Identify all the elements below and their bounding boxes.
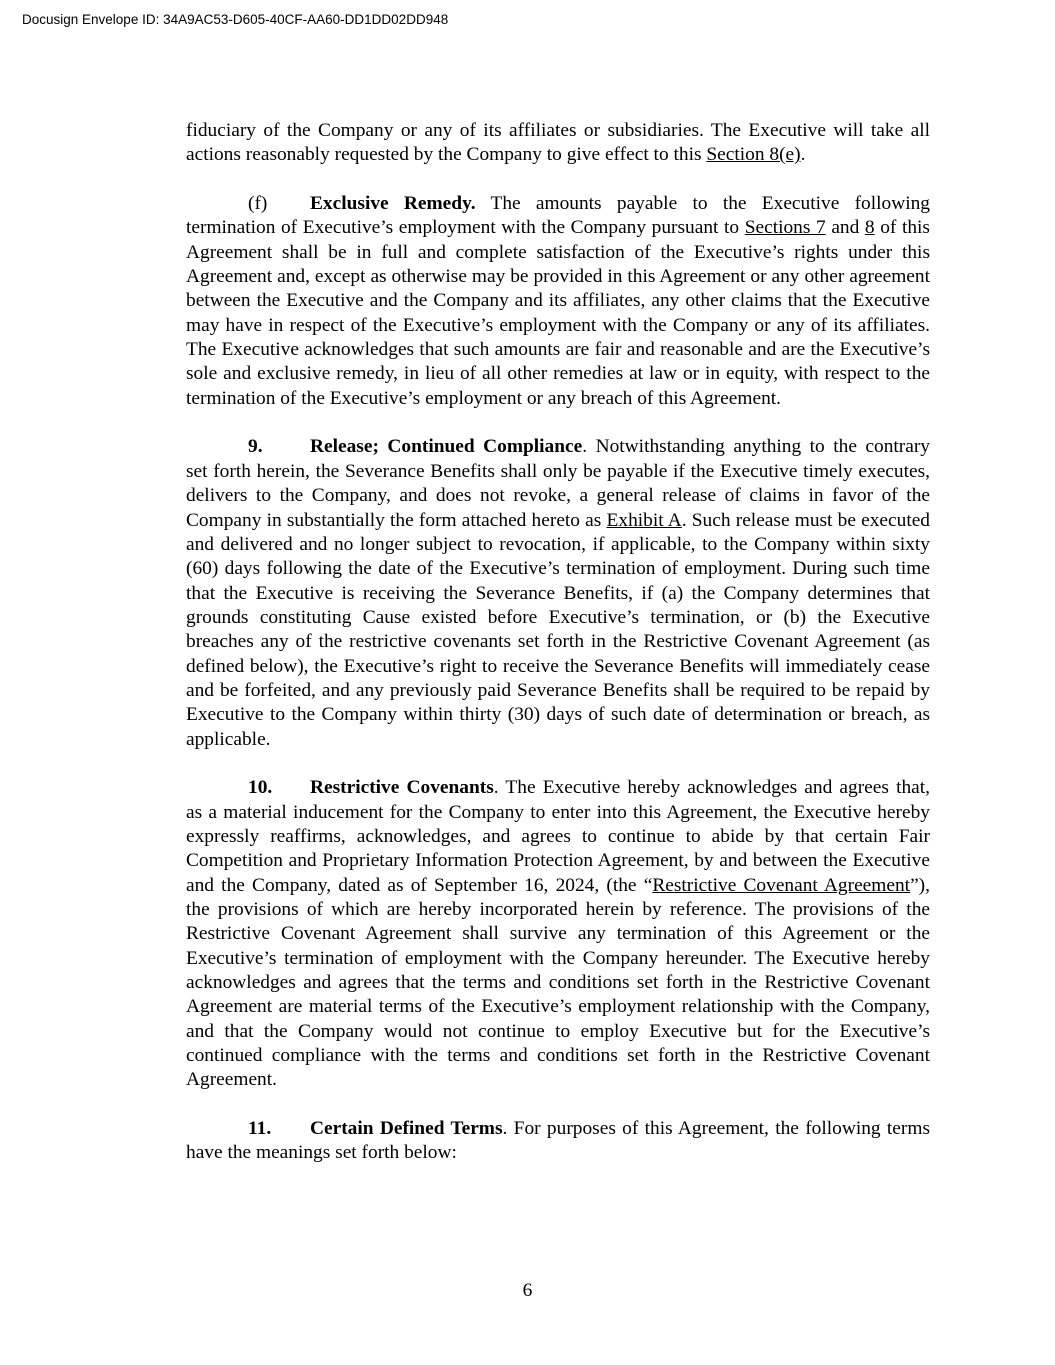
- clause-title-exclusive-remedy: Exclusive Remedy.: [310, 193, 476, 214]
- paragraph-10-restrictive-covenants: 10.Restrictive Covenants. The Executive …: [186, 776, 930, 1092]
- section-title-certain-defined-terms: Certain Defined Terms: [310, 1118, 503, 1139]
- section-number: 9.: [248, 435, 310, 459]
- text-run: of this Agreement shall be in full and c…: [186, 217, 930, 408]
- text-run: and: [826, 217, 865, 238]
- section-number: 10.: [248, 776, 310, 800]
- section-title-release: Release; Continued Compliance: [310, 436, 582, 457]
- text-run: .: [801, 144, 806, 165]
- paragraph-f-exclusive-remedy: (f)Exclusive Remedy. The amounts payable…: [186, 192, 930, 411]
- paragraph-11-certain-defined-terms: 11.Certain Defined Terms. For purposes o…: [186, 1117, 930, 1166]
- section-8-reference: 8: [865, 217, 875, 238]
- text-run: . Such release must be executed and deli…: [186, 510, 930, 750]
- document-body: fiduciary of the Company or any of its a…: [186, 119, 930, 1190]
- paragraph-9-release-continued-compliance: 9.Release; Continued Compliance. Notwith…: [186, 435, 930, 751]
- text-run: ”), the provisions of which are hereby i…: [186, 875, 930, 1091]
- paragraph-section-8e-continuation: fiduciary of the Company or any of its a…: [186, 119, 930, 168]
- sections-7-reference: Sections 7: [745, 217, 826, 238]
- text-run: fiduciary of the Company or any of its a…: [186, 120, 930, 165]
- page-number: 6: [0, 1280, 1055, 1302]
- section-title-restrictive-covenants: Restrictive Covenants: [310, 777, 494, 798]
- section-number: 11.: [248, 1117, 310, 1141]
- exhibit-a-reference: Exhibit A: [607, 510, 682, 531]
- docusign-envelope-id: Docusign Envelope ID: 34A9AC53-D605-40CF…: [22, 12, 448, 27]
- restrictive-covenant-agreement-defined-term: Restrictive Covenant Agreement: [652, 875, 910, 896]
- section-8e-reference: Section 8(e): [706, 144, 800, 165]
- clause-letter: (f): [248, 192, 310, 216]
